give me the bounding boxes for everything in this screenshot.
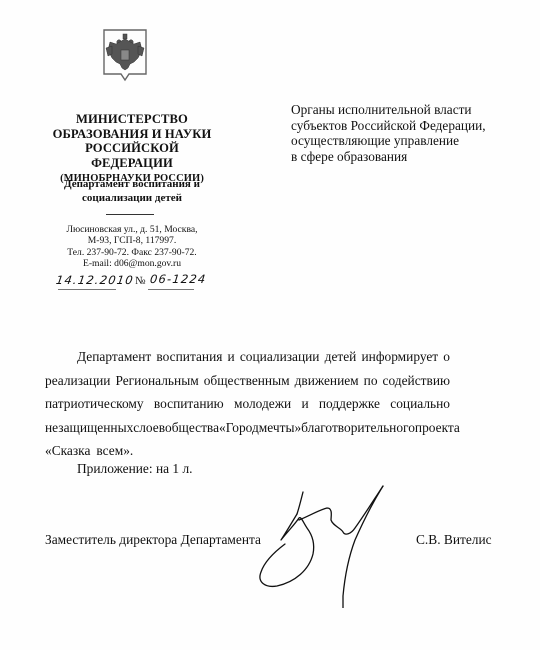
word: «Сказка — [45, 439, 90, 463]
word: незащищенных — [45, 416, 133, 440]
word: движением — [295, 369, 359, 393]
word: мечты» — [259, 416, 301, 440]
signatory-name: С.В. Вителис — [416, 532, 492, 548]
word: патриотическому — [45, 392, 144, 416]
department-line-2: социализации детей — [48, 192, 216, 206]
number-sign: № — [135, 275, 146, 287]
word: реализации — [45, 369, 110, 393]
addressee-line-4: в сфере образования — [291, 149, 511, 165]
address-line-1: Люсиновская ул., д. 51, Москва, — [48, 224, 216, 235]
word: воспитанию — [154, 392, 224, 416]
body-line-3: патриотическому воспитанию молодежи и по… — [45, 392, 450, 416]
word: детей — [325, 345, 357, 369]
word: молодежи — [234, 392, 291, 416]
ministry-line-3: РОССИЙСКОЙ ФЕДЕРАЦИИ — [48, 141, 216, 170]
registration-number: 06-1224 — [149, 272, 207, 286]
word: поддержке — [319, 392, 380, 416]
word: всем». — [96, 439, 133, 463]
word: общества — [165, 416, 219, 440]
body-line-2: реализации Региональным общественным дви… — [45, 369, 450, 393]
signatory-title: Заместитель директора Департамента — [45, 532, 261, 548]
body-line-4: незащищенных слоев общества «Город мечты… — [45, 416, 450, 440]
word: содействию — [383, 369, 450, 393]
word: Департамент — [77, 345, 151, 369]
address-line-3: Тел. 237-90-72. Факс 237-90-72. — [48, 247, 216, 258]
word: «Город — [219, 416, 259, 440]
department-address: Люсиновская ул., д. 51, Москва, М-93, ГС… — [48, 224, 216, 269]
word: воспитания — [156, 345, 222, 369]
word: проекта — [415, 416, 460, 440]
russian-coat-of-arms-icon — [102, 28, 148, 86]
addressee-line-1: Органы исполнительной власти — [291, 102, 511, 118]
word: Региональным — [115, 369, 198, 393]
word: по — [364, 369, 378, 393]
addressee-line-2: субъектов Российской Федерации, — [291, 118, 511, 134]
word: социально — [390, 392, 450, 416]
word: социализации — [240, 345, 320, 369]
address-email: E-mail: d06@mon.gov.ru — [48, 258, 216, 269]
letter-body: Департамент воспитания и социализации де… — [45, 345, 450, 463]
word: и — [301, 392, 308, 416]
body-line-5: «Сказка всем». — [45, 439, 450, 463]
addressee: Органы исполнительной власти субъектов Р… — [291, 102, 511, 164]
attachment-note: Приложение: на 1 л. — [77, 461, 192, 477]
word: слоев — [133, 416, 165, 440]
word: и — [228, 345, 235, 369]
word: благотворительного — [301, 416, 415, 440]
address-line-2: М-93, ГСП-8, 117997. — [48, 235, 216, 246]
number-underline — [148, 289, 194, 290]
letter-page: МИНИСТЕРСТВО ОБРАЗОВАНИЯ И НАУКИ РОССИЙС… — [0, 0, 540, 650]
ministry-line-2: ОБРАЗОВАНИЯ И НАУКИ — [48, 127, 216, 142]
addressee-line-3: осуществляющие управление — [291, 133, 511, 149]
word: общественным — [204, 369, 290, 393]
body-line-1: Департамент воспитания и социализации де… — [45, 345, 450, 369]
word: о — [443, 345, 450, 369]
ministry-name: МИНИСТЕРСТВО ОБРАЗОВАНИЯ И НАУКИ РОССИЙС… — [48, 112, 216, 188]
letterhead-divider — [106, 214, 154, 215]
registration-date: 14.12.2010 — [55, 273, 135, 287]
date-underline — [58, 289, 116, 290]
registration-line: 14.12.2010 № 06-1224 — [56, 271, 226, 291]
handwritten-signature-icon — [255, 478, 385, 608]
ministry-line-1: МИНИСТЕРСТВО — [48, 112, 216, 127]
word: информирует — [361, 345, 438, 369]
department-name: Департамент воспитания и социализации де… — [48, 178, 216, 205]
department-line-1: Департамент воспитания и — [48, 178, 216, 192]
